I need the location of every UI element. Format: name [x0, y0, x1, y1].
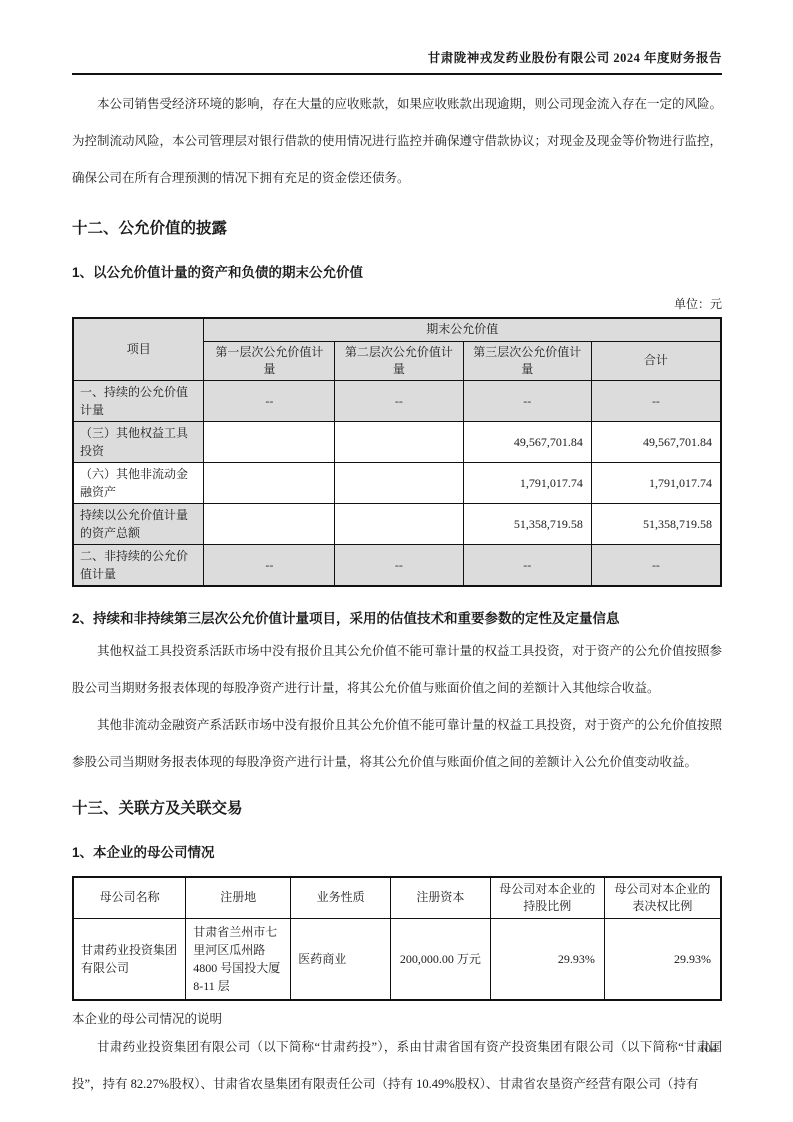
cell-value: -- — [591, 380, 721, 421]
section-13-title: 十三、关联方及关联交易 — [72, 796, 722, 818]
cell-value: -- — [591, 544, 721, 586]
fair-value-table: 项目 期末公允价值 第一层次公允价值计量 第二层次公允价值计量 第三层次公允价值… — [72, 317, 722, 587]
col-header-total: 合计 — [591, 341, 721, 380]
document-page: 甘肃陇神戎发药业股份有限公司 2024 年度财务报告 本公司销售受经济环境的影响… — [0, 0, 793, 1122]
cell-holding-ratio: 29.93% — [490, 918, 604, 1000]
document-header-title: 甘肃陇神戎发药业股份有限公司 2024 年度财务报告 — [72, 48, 722, 75]
cell-value — [335, 462, 463, 503]
col-header-registered-capital: 注册资本 — [391, 877, 491, 919]
row-item-label: （六）其他非流动金融资产 — [73, 462, 204, 503]
cell-value: 1,791,017.74 — [591, 462, 721, 503]
unit-label: 单位：元 — [72, 295, 722, 312]
cell-value: -- — [335, 544, 463, 586]
row-item-label: 二、非持续的公允价值计量 — [73, 544, 204, 586]
col-header-voting-ratio: 母公司对本企业的表决权比例 — [604, 877, 721, 919]
cell-voting-ratio: 29.93% — [604, 918, 721, 1000]
table-row: 一、持续的公允价值计量 -- -- -- -- — [73, 380, 721, 421]
cell-value: 51,358,719.58 — [591, 503, 721, 544]
row-item-label: 一、持续的公允价值计量 — [73, 380, 204, 421]
table-row: 项目 期末公允价值 — [73, 318, 721, 341]
table-row: 甘肃药业投资集团有限公司 甘肃省兰州市七里河区瓜州路 4800 号国投大厦 8-… — [73, 918, 721, 1000]
cell-value: -- — [463, 380, 591, 421]
col-header-level2: 第二层次公允价值计量 — [335, 341, 463, 380]
cell-value — [335, 421, 463, 462]
row-item-label: （三）其他权益工具投资 — [73, 421, 204, 462]
table-row: （六）其他非流动金融资产 1,791,017.74 1,791,017.74 — [73, 462, 721, 503]
cell-registered-capital: 200,000.00 万元 — [391, 918, 491, 1000]
valuation-paragraph-1: 其他权益工具投资系活跃市场中没有报价且其公允价值不能可靠计量的权益工具投资，对于… — [72, 633, 722, 707]
section-13-1-title: 1、本企业的母公司情况 — [72, 841, 722, 861]
row-item-label: 持续以公允价值计量的资产总额 — [73, 503, 204, 544]
cell-value: -- — [204, 380, 335, 421]
table-row: （三）其他权益工具投资 49,567,701.84 49,567,701.84 — [73, 421, 721, 462]
cell-value — [204, 503, 335, 544]
cell-value — [204, 462, 335, 503]
col-header-item: 项目 — [73, 318, 204, 380]
cell-value: 51,358,719.58 — [463, 503, 591, 544]
col-header-level3: 第三层次公允价值计量 — [463, 341, 591, 380]
section-12-2-title: 2、持续和非持续第三层次公允价值计量项目，采用的估值技术和重要参数的定性及定量信… — [72, 607, 722, 627]
page-number: 104 — [699, 1041, 717, 1056]
col-group-header: 期末公允价值 — [204, 318, 721, 341]
cell-business-nature: 医药商业 — [291, 918, 391, 1000]
cell-registered-place: 甘肃省兰州市七里河区瓜州路 4800 号国投大厦 8-11 层 — [186, 918, 291, 1000]
cell-value: 1,791,017.74 — [463, 462, 591, 503]
valuation-paragraph-2: 其他非流动金融资产系活跃市场中没有报价且其公允价值不能可靠计量的权益工具投资，对… — [72, 707, 722, 781]
col-header-level1: 第一层次公允价值计量 — [204, 341, 335, 380]
table-row: 母公司名称 注册地 业务性质 注册资本 母公司对本企业的持股比例 母公司对本企业… — [73, 877, 721, 919]
col-header-parent-name: 母公司名称 — [73, 877, 186, 919]
cell-value: 49,567,701.84 — [463, 421, 591, 462]
cell-value: 49,567,701.84 — [591, 421, 721, 462]
cell-value: -- — [335, 380, 463, 421]
cell-value — [204, 421, 335, 462]
parent-company-note-label: 本企业的母公司情况的说明 — [72, 1009, 722, 1027]
parent-company-note-paragraph: 甘肃药业投资集团有限公司（以下简称“甘肃药投”），系由甘肃省国有资产投资集团有限… — [72, 1029, 722, 1103]
col-header-registered-place: 注册地 — [186, 877, 291, 919]
table-row: 二、非持续的公允价值计量 -- -- -- -- — [73, 544, 721, 586]
section-12-1-title: 1、以公允价值计量的资产和负债的期末公允价值 — [72, 261, 722, 281]
cell-value: -- — [204, 544, 335, 586]
col-header-holding-ratio: 母公司对本企业的持股比例 — [490, 877, 604, 919]
col-header-business-nature: 业务性质 — [291, 877, 391, 919]
cell-parent-name: 甘肃药业投资集团有限公司 — [73, 918, 186, 1000]
intro-paragraph: 本公司销售受经济环境的影响，存在大量的应收账款，如果应收账款出现逾期，则公司现金… — [72, 86, 722, 197]
table-row: 持续以公允价值计量的资产总额 51,358,719.58 51,358,719.… — [73, 503, 721, 544]
section-12-title: 十二、公允价值的披露 — [72, 216, 722, 238]
parent-company-table: 母公司名称 注册地 业务性质 注册资本 母公司对本企业的持股比例 母公司对本企业… — [72, 876, 722, 1001]
cell-value — [335, 503, 463, 544]
cell-value: -- — [463, 544, 591, 586]
